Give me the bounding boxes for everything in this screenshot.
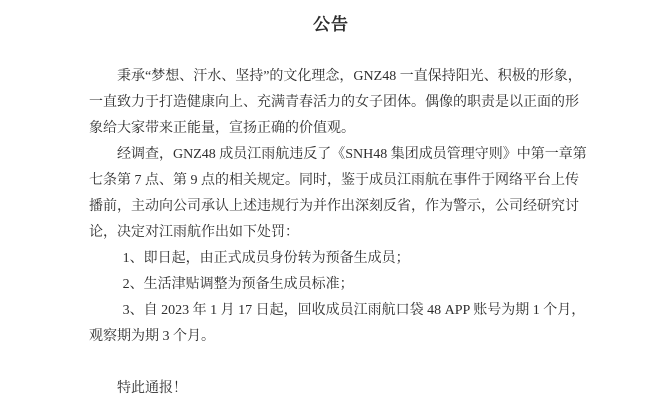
document-line: 七条第 7 点、第 9 点的相关规定。同时，鉴于成员江雨航在事件于网络平台上传 <box>89 168 575 194</box>
punishment-item: 1、即日起，由正式成员身份转为预备生成员； <box>89 246 575 272</box>
document-line: 象给大家带来正能量，宣扬正确的价值观。 <box>89 116 575 142</box>
document-title: 公告 <box>0 10 662 35</box>
document-line: 论，决定对江雨航作出如下处罚： <box>89 220 575 246</box>
document-body: 秉承“梦想、汗水、坚持”的文化理念，GNZ48 一直保持阳光、积极的形象， 一直… <box>89 64 575 402</box>
document-line: 经调查，GNZ48 成员江雨航违反了《SNH48 集团成员管理守则》中第一章第 <box>89 142 575 168</box>
document-line: 秉承“梦想、汗水、坚持”的文化理念，GNZ48 一直保持阳光、积极的形象， <box>89 64 575 90</box>
punishment-item: 3、自 2023 年 1 月 17 日起，回收成员江雨航口袋 48 APP 账号… <box>89 298 575 324</box>
document-closing: 特此通报！ <box>89 376 575 402</box>
announcement-page: 公告 秉承“梦想、汗水、坚持”的文化理念，GNZ48 一直保持阳光、积极的形象，… <box>0 0 662 402</box>
punishment-item-continuation: 观察期为期 3 个月。 <box>89 324 575 350</box>
document-line: 播前，主动向公司承认上述违规行为并作出深刻反省，作为警示，公司经研究讨 <box>89 194 575 220</box>
punishment-item: 2、生活津贴调整为预备生成员标准； <box>89 272 575 298</box>
document-line: 一直致力于打造健康向上、充满青春活力的女子团体。偶像的职责是以正面的形 <box>89 90 575 116</box>
